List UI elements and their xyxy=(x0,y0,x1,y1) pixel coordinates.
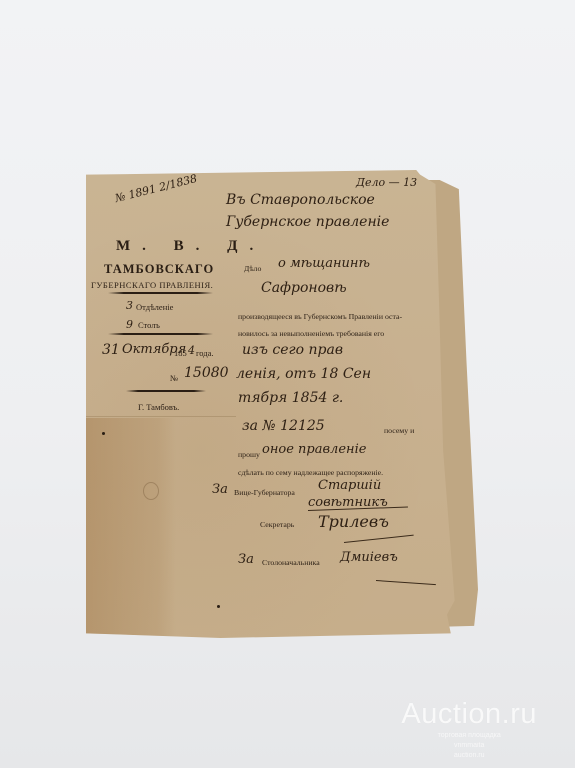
date-label: года. xyxy=(196,348,214,358)
printed-line-2: новилось за невыполненіемъ требованія ег… xyxy=(238,329,384,338)
handwritten-line-7: оное правленіе xyxy=(262,442,366,457)
date-year-prefix: 185 xyxy=(174,348,187,358)
vice-governor-prefix: За xyxy=(212,482,228,497)
vice-governor-signature-1: Старшій xyxy=(318,478,381,493)
case-subject-line-2: Сафроновѣ xyxy=(261,280,347,296)
number-value: 15080 xyxy=(184,365,229,381)
ink-spot xyxy=(102,432,105,435)
desk-head-label: Столоначальника xyxy=(262,558,320,567)
printed-line-1: производящееся въ Губернскомъ Правленіи … xyxy=(238,312,402,321)
top-right-note: Дело — 13 xyxy=(356,176,417,189)
printed-after-6: посему и xyxy=(384,426,414,435)
addressee-line-2: Губернское правленіе xyxy=(226,214,389,230)
handwritten-line-4: ленія, отъ 18 Сен xyxy=(236,366,371,382)
ministry-abbrev: М. В. Д. xyxy=(116,238,265,255)
secretary-label: Секретарь xyxy=(260,520,294,529)
board-subtitle: ГУБЕРНСКАГО ПРАВЛЕНІЯ. xyxy=(91,280,213,290)
divider-rule xyxy=(108,292,213,294)
ink-spot xyxy=(217,605,220,608)
corner-register-note: № 1891 2/1838 xyxy=(114,172,199,205)
document-sheet: № 1891 2/1838 Дело — 13 Въ Ставропольско… xyxy=(86,170,470,638)
fold-crease xyxy=(86,416,236,417)
handwritten-line-3: изъ сего прав xyxy=(242,342,343,358)
watermark-line-3: auction.ru xyxy=(401,751,537,761)
city: Г. Тамбовъ. xyxy=(138,402,179,412)
printed-line-7-prefix: прошу xyxy=(238,450,260,459)
vice-governor-label: Вице-Губернатора xyxy=(234,488,295,497)
watermark-title: Auction.ru xyxy=(401,698,537,731)
signature-flourish xyxy=(344,535,414,543)
department-label: Отдѣленіе xyxy=(136,302,173,312)
watermark-line-1: торговая площадка xyxy=(401,731,537,741)
date-year-suffix: 4 xyxy=(188,344,195,357)
printed-line-8: сдѣлать по сему надлежащее распоряженіе. xyxy=(238,468,383,477)
desk-head-signature: Дмиіевъ xyxy=(340,550,398,565)
faint-stamp xyxy=(143,482,159,500)
case-subject-line-1: о мѣщанинѣ xyxy=(278,256,370,271)
auction-watermark: Auction.ru торговая площадка vnmmaita au… xyxy=(401,698,537,761)
date-day: 31 xyxy=(102,342,120,358)
addressee-line-1: Въ Ставропольское xyxy=(226,192,375,208)
board-name: ТАМБОВСКАГО xyxy=(104,262,214,277)
desk-head-prefix: За xyxy=(238,552,254,567)
divider-rule xyxy=(108,333,213,335)
desk-number: 9 xyxy=(126,318,133,331)
case-label: Дѣло xyxy=(244,264,261,273)
desk-label: Столъ xyxy=(138,320,160,330)
department-number: 3 xyxy=(126,299,133,312)
handwritten-line-6: за № 12125 xyxy=(242,418,325,434)
watermark-line-2: vnmmaita xyxy=(401,741,537,751)
divider-rule xyxy=(126,390,206,392)
number-sign: № xyxy=(170,373,178,383)
signature-flourish xyxy=(376,580,436,585)
secretary-signature: Трилевъ xyxy=(318,512,389,531)
water-stain xyxy=(86,418,176,638)
handwritten-line-5: тября 1854 г. xyxy=(238,390,343,406)
